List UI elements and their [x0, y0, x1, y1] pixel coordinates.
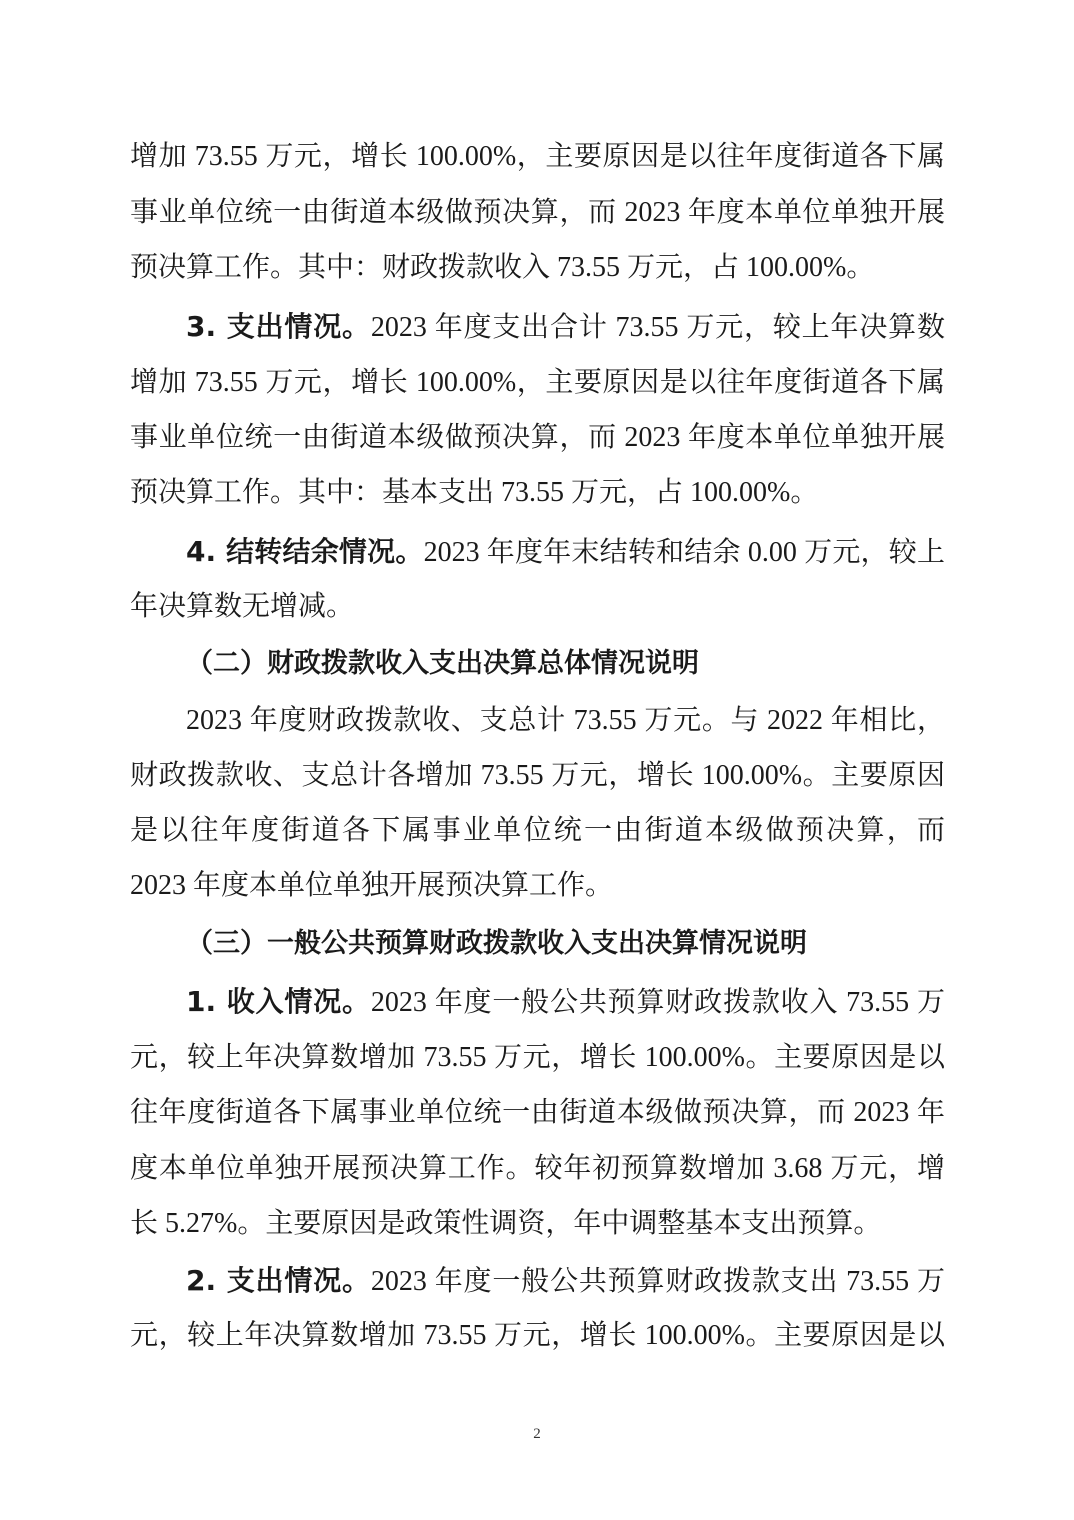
paragraph-line: 预决算工作。其中：基本支出 73.55 万元，占 100.00%。 — [130, 465, 945, 521]
paragraph-line: 长 5.27%。主要原因是政策性调资，年中调整基本支出预算。 — [130, 1196, 945, 1252]
paragraph-line: 增加 73.55 万元，增长 100.00%，主要原因是以往年度街道各下属 — [130, 129, 945, 185]
paragraph-expenditure: 3. 支出情况。2023 年度支出合计 73.55 万元，较上年决算数 — [186, 299, 945, 355]
paragraph-line: 事业单位统一由街道本级做预决算，而 2023 年度本单位单独开展 — [130, 410, 945, 466]
paragraph-text: 2023 年度年末结转和结余 0.00 万元，较上 — [424, 537, 945, 568]
paragraph-line: 事业单位统一由街道本级做预决算，而 2023 年度本单位单独开展 — [130, 185, 945, 241]
paragraph-line: 元，较上年决算数增加 73.55 万元，增长 100.00%。主要原因是以 — [130, 1030, 945, 1086]
paragraph-line: 是以往年度街道各下属事业单位统一由街道本级做预决算，而 — [130, 803, 945, 859]
section-heading-2: （二）财政拨款收入支出决算总体情况说明 — [186, 636, 699, 692]
paragraph-line: 往年度街道各下属事业单位统一由街道本级做预决算，而 2023 年 — [130, 1085, 945, 1141]
paragraph-line: 度本单位单独开展预决算工作。较年初预算数增加 3.68 万元，增 — [130, 1141, 945, 1197]
paragraph-heading-bold: 4. 结转结余情况。 — [186, 535, 424, 568]
paragraph-text: 2023 年度一般公共预算财政拨款支出 73.55 万 — [371, 1266, 945, 1297]
paragraph-line: 预决算工作。其中：财政拨款收入 73.55 万元，占 100.00%。 — [130, 240, 945, 296]
paragraph-heading-bold: 2. 支出情况。 — [186, 1264, 371, 1297]
paragraph-expenditure-general: 2. 支出情况。2023 年度一般公共预算财政拨款支出 73.55 万 — [186, 1253, 945, 1309]
paragraph-line: 2023 年度财政拨款收、支总计 73.55 万元。与 2022 年相比， — [186, 693, 945, 749]
section-heading-3: （三）一般公共预算财政拨款收入支出决算情况说明 — [186, 916, 807, 972]
paragraph-heading-bold: 3. 支出情况。 — [186, 310, 371, 343]
paragraph-text: 2023 年度支出合计 73.55 万元，较上年决算数 — [371, 312, 945, 343]
paragraph-text: 2023 年度一般公共预算财政拨款收入 73.55 万 — [371, 987, 945, 1018]
document-page: 增加 73.55 万元，增长 100.00%，主要原因是以往年度街道各下属 事业… — [0, 0, 1074, 1520]
paragraph-carryover: 4. 结转结余情况。2023 年度年末结转和结余 0.00 万元，较上 — [186, 524, 945, 580]
paragraph-income: 1. 收入情况。2023 年度一般公共预算财政拨款收入 73.55 万 — [186, 974, 945, 1030]
paragraph-line: 财政拨款收、支总计各增加 73.55 万元，增长 100.00%。主要原因 — [130, 748, 945, 804]
paragraph-line: 增加 73.55 万元，增长 100.00%，主要原因是以往年度街道各下属 — [130, 355, 945, 411]
page-number: 2 — [0, 1426, 1074, 1443]
paragraph-line: 2023 年度本单位单独开展预决算工作。 — [130, 858, 945, 914]
paragraph-line: 元，较上年决算数增加 73.55 万元，增长 100.00%。主要原因是以 — [130, 1308, 945, 1364]
paragraph-line: 年决算数无增减。 — [130, 579, 945, 635]
paragraph-heading-bold: 1. 收入情况。 — [186, 985, 371, 1018]
